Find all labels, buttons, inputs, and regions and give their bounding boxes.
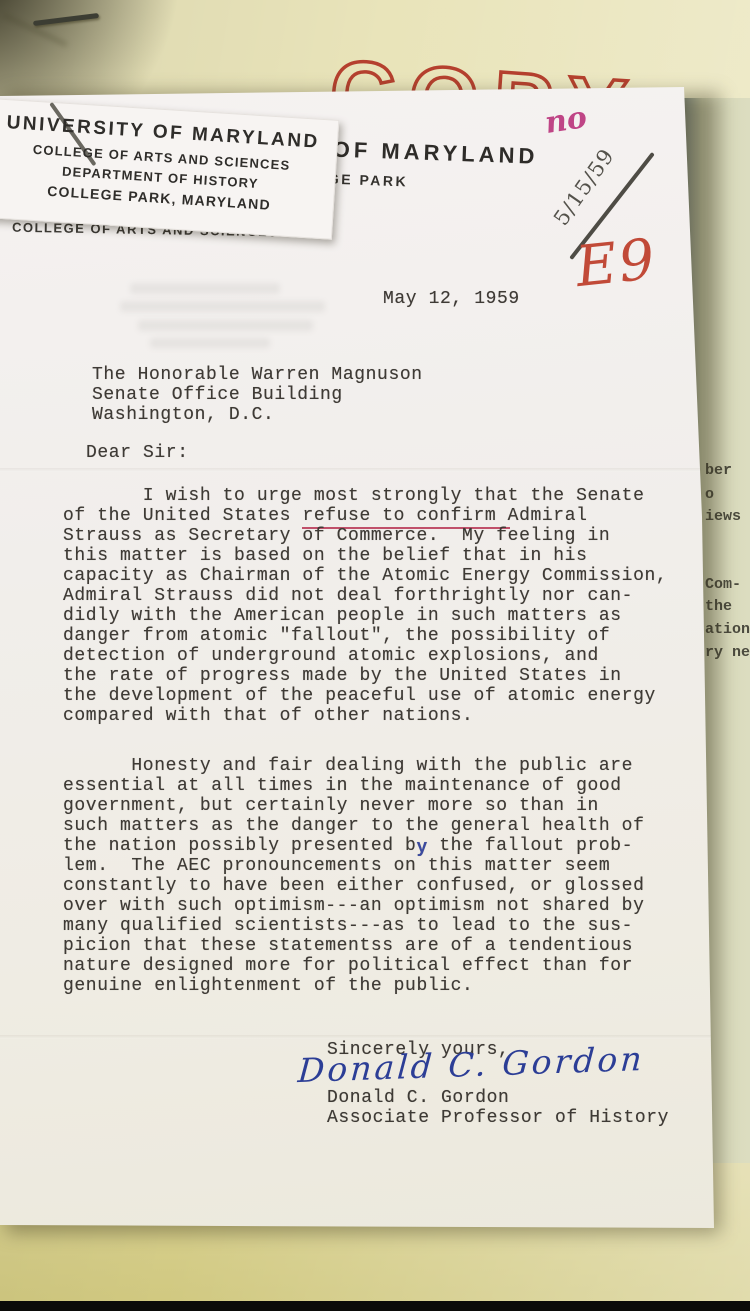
handwritten-code: E9 [573,227,660,300]
body-line: didly with the American people in such m… [63,606,622,626]
letterhead-card: UNIVERSITY OF MARYLAND COLLEGE OF ARTS A… [0,98,339,240]
body-line: picion that these statementss are of a t… [63,936,633,956]
fold-crease [0,1035,730,1039]
body-line: I wish to urge most strongly that the Se… [63,486,645,506]
recipient-line: The Honorable Warren Magnuson [92,365,423,385]
photo-edge [0,1301,750,1311]
body-line: Admiral Strauss did not deal forthrightl… [63,586,633,606]
handwritten-no: no [543,100,590,141]
body-line: such matters as the danger to the genera… [63,816,645,836]
body-line: Strauss as Secretary of Commerce. My fee… [63,526,610,546]
body-line: essential at all times in the maintenanc… [63,776,622,796]
body-line: government, but certainly never more so … [63,796,599,816]
body-line: capacity as Chairman of the Atomic Energ… [63,566,667,586]
body-line: this matter is based on the belief that … [63,546,587,566]
recipient-line: Washington, D.C. [92,405,274,425]
body-line: the development of the peaceful use of a… [63,686,656,706]
body-line: Honesty and fair dealing with the public… [63,756,633,776]
body-line: lem. The AEC pronouncements on this matt… [63,856,610,876]
body-line: genuine enlightenment of the public. [63,976,473,996]
photo-of-letter: COPY ber o iews Com- the ation ry ne UNI… [0,0,750,1311]
salutation: Dear Sir: [86,443,189,463]
signed-title: Associate Professor of History [327,1108,669,1128]
bleed-through-text [130,283,280,294]
body-line: over with such optimism---an optimism no… [63,896,645,916]
body-text: Admiral [496,506,587,526]
handwritten-date: 5/15/59 [549,144,619,230]
bleed-through-text [138,320,313,331]
body-line: the rate of progress made by the United … [63,666,622,686]
letter-date: May 12, 1959 [383,289,520,309]
body-line: constantly to have been either confused,… [63,876,645,896]
signed-name: Donald C. Gordon [327,1088,509,1108]
body-line: many qualified scientists---as to lead t… [63,916,633,936]
recipient-line: Senate Office Building [92,385,343,405]
body-text: of the United States [63,506,302,526]
body-text: the nation possibly presented b [63,836,416,856]
body-line: the nation possibly presented by the fal… [63,836,633,856]
letter-page: UNIVERSITY OF MARYLAND COLLEGE PARK DEPA… [0,87,730,1229]
bleed-through-text [120,301,325,312]
body-line: compared with that of other nations. [63,706,473,726]
body-line: nature designed more for political effec… [63,956,633,976]
fold-crease [0,468,730,472]
handwritten-correction: y [416,838,427,858]
body-text: the fallout prob- [428,836,633,856]
body-line: of the United States refuse to confirm A… [63,506,588,526]
bleed-through-text [150,338,270,348]
body-line: detection of underground atomic explosio… [63,646,599,666]
body-line: danger from atomic "fallout", the possib… [63,626,610,646]
